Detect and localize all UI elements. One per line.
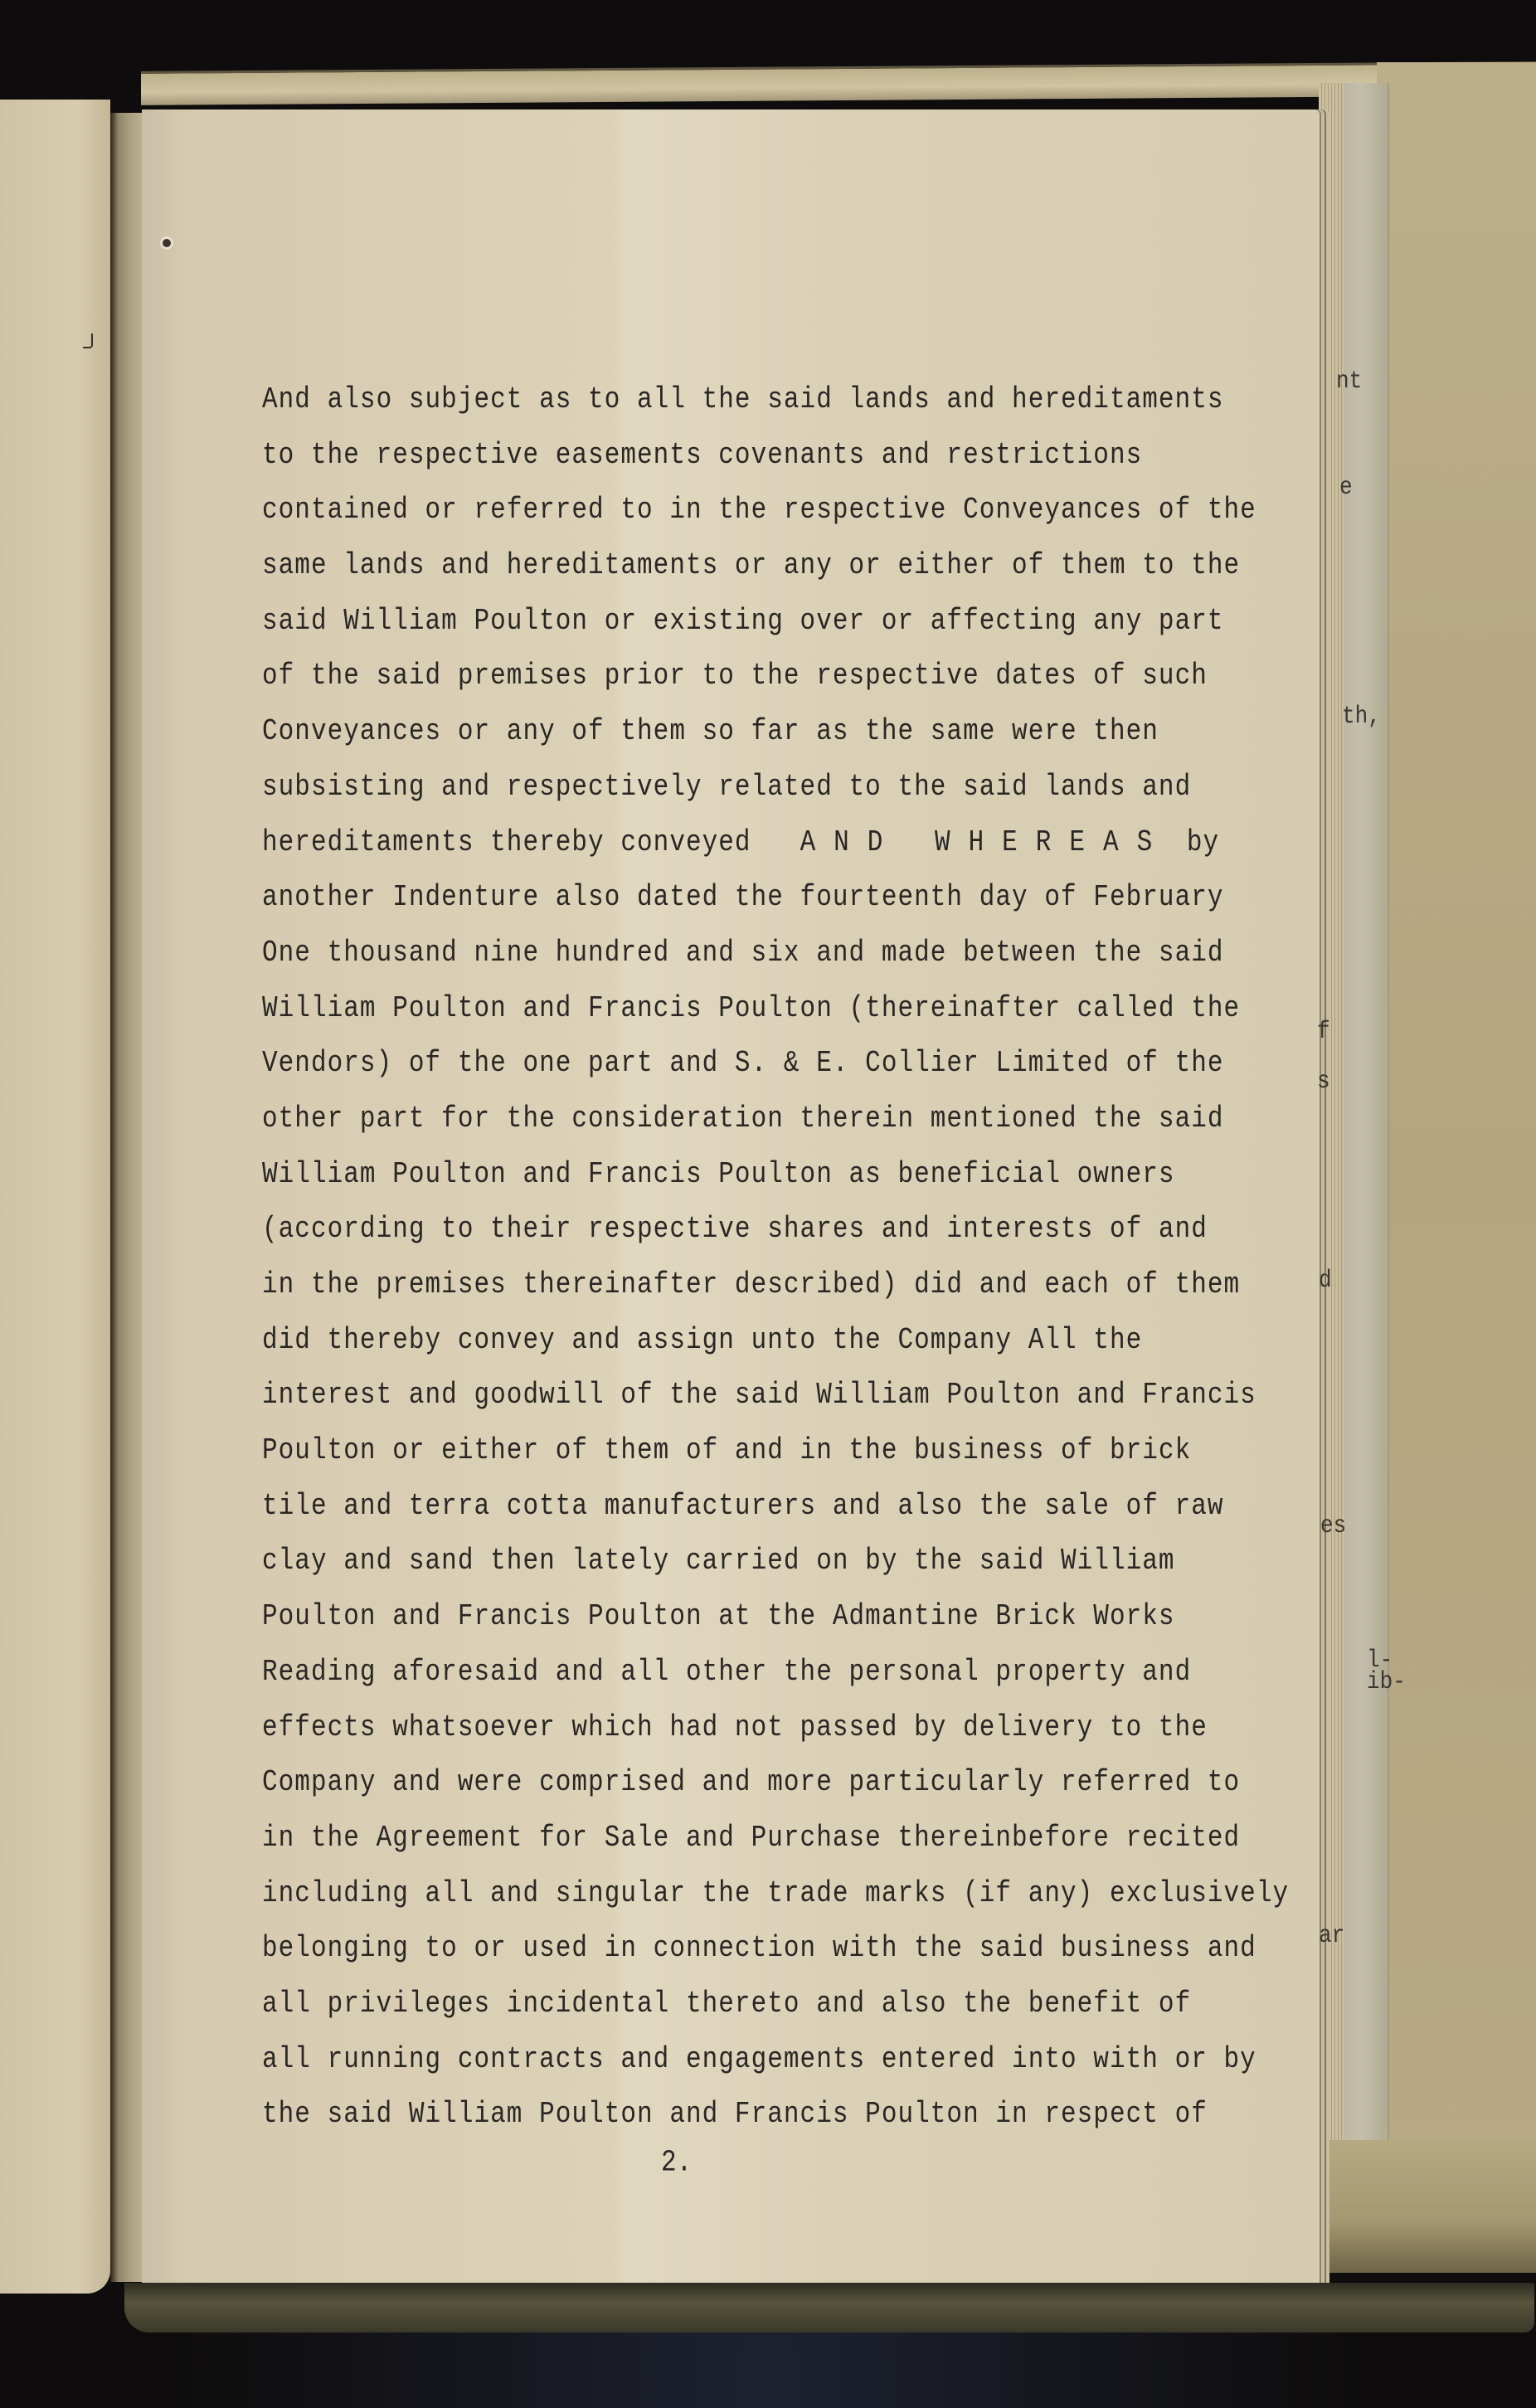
typed-body-text: And also subject as to all the said land… [262, 375, 1332, 2145]
page-number: 2. [661, 2146, 692, 2180]
text-segment: by [1187, 825, 1219, 859]
underlying-fragment: th, [1342, 702, 1381, 731]
pin-hole-icon [163, 239, 171, 247]
text-line: the said William Poulton and Francis Pou… [262, 2089, 1332, 2155]
underlying-fragment: nt [1336, 367, 1362, 396]
book-gutter [110, 113, 142, 2282]
left-page [0, 100, 110, 2294]
folder-bottom-tuck [1294, 2140, 1536, 2273]
text-segment: hereditaments thereby conveyed [262, 825, 751, 859]
envelope-behind [1377, 62, 1536, 2260]
underlying-fragment: ib- [1367, 1667, 1406, 1696]
recital-and-whereas: AND WHEREAS [800, 825, 1171, 859]
underlying-fragment: e [1339, 473, 1353, 502]
binding-bottom-edge [124, 2283, 1534, 2333]
left-page-mark [83, 333, 93, 348]
